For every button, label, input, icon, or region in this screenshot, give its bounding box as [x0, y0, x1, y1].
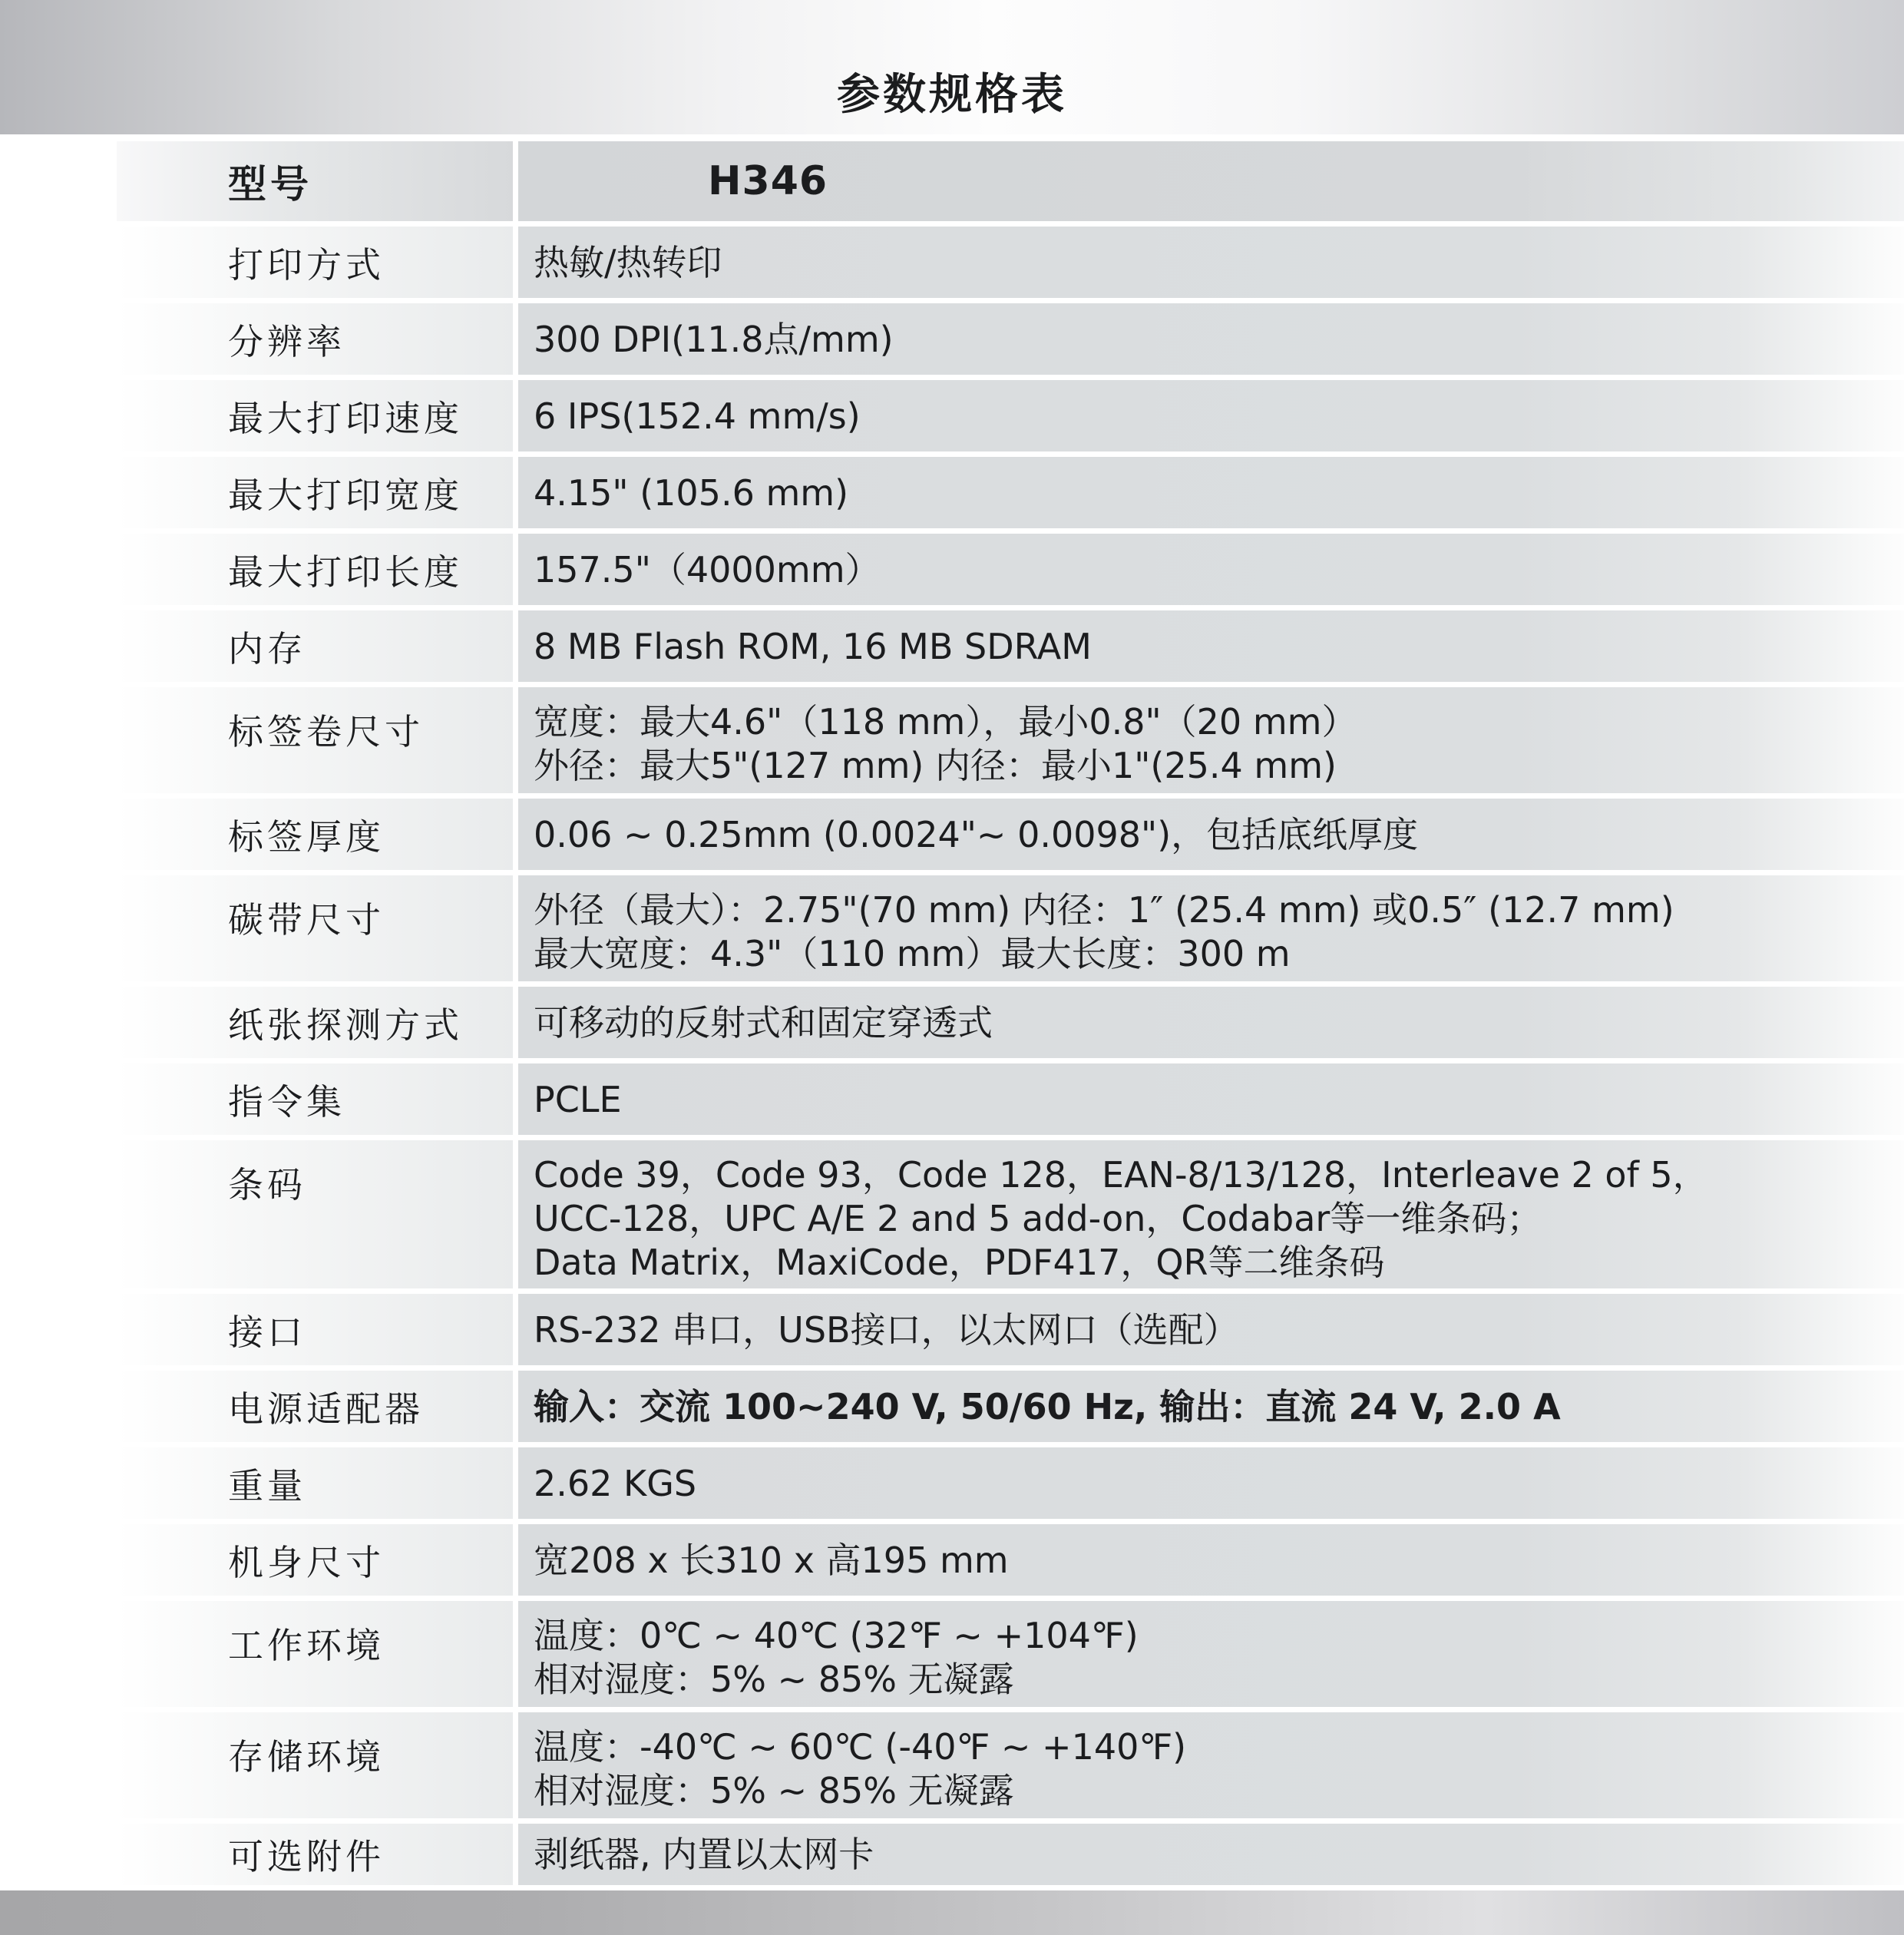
row-value-line: 可移动的反射式和固定穿透式: [534, 1001, 1892, 1045]
header-value-cell: H346: [518, 141, 1904, 221]
row-value-line: 输入：交流 100~240 V, 50/60 Hz, 输出：直流 24 V, 2…: [534, 1384, 1892, 1429]
table-row: 可选附件剥纸器, 内置以太网卡: [117, 1824, 1904, 1885]
table-row: 电源适配器输入：交流 100~240 V, 50/60 Hz, 输出：直流 24…: [117, 1371, 1904, 1442]
row-value: 温度：-40℃ ~ 60℃ (-40℉ ~ +140℉)相对湿度：5% ~ 85…: [518, 1712, 1904, 1818]
table-row: 机身尺寸宽208 x 长310 x 高195 mm: [117, 1524, 1904, 1596]
row-value-line: Data Matrix，MaxiCode，PDF417，QR等二维条码: [534, 1241, 1892, 1285]
table-row: 重量2.62 KGS: [117, 1447, 1904, 1519]
row-value-line: 2.62 KGS: [534, 1461, 1892, 1506]
row-value-line: 剥纸器, 内置以太网卡: [534, 1832, 1892, 1877]
row-value-line: 宽度：最大4.6"（118 mm），最小0.8"（20 mm）: [534, 700, 1892, 744]
table-row: 最大打印速度6 IPS(152.4 mm/s): [117, 380, 1904, 451]
row-label: 碳带尺寸: [117, 875, 513, 981]
table-row: 碳带尺寸外径（最大）：2.75"(70 mm) 内径：1″ (25.4 mm) …: [117, 875, 1904, 981]
row-value: 6 IPS(152.4 mm/s): [518, 380, 1904, 451]
row-label: 重量: [117, 1447, 513, 1519]
row-value: 0.06 ~ 0.25mm (0.0024"~ 0.0098")，包括底纸厚度: [518, 799, 1904, 870]
row-label: 电源适配器: [117, 1371, 513, 1442]
row-label: 机身尺寸: [117, 1524, 513, 1596]
row-value-line: 外径：最大5"(127 mm) 内径：最小1"(25.4 mm): [534, 744, 1892, 788]
table-row: 存储环境温度：-40℃ ~ 60℃ (-40℉ ~ +140℉)相对湿度：5% …: [117, 1712, 1904, 1818]
table-row: 纸张探测方式可移动的反射式和固定穿透式: [117, 987, 1904, 1058]
row-value-line: 相对湿度：5% ~ 85% 无凝露: [534, 1658, 1892, 1702]
row-label: 条码: [117, 1140, 513, 1288]
row-value: 可移动的反射式和固定穿透式: [518, 987, 1904, 1058]
row-value: Code 39，Code 93，Code 128，EAN-8/13/128，In…: [518, 1140, 1904, 1288]
row-value: RS-232 串口，USB接口，以太网口（选配）: [518, 1294, 1904, 1365]
row-value: 热敏/热转印: [518, 227, 1904, 298]
table-row: 最大打印长度157.5"（4000mm）: [117, 534, 1904, 605]
table-row: 最大打印宽度4.15" (105.6 mm): [117, 457, 1904, 528]
row-value-line: 0.06 ~ 0.25mm (0.0024"~ 0.0098")，包括底纸厚度: [534, 812, 1892, 857]
table-row: 标签卷尺寸宽度：最大4.6"（118 mm），最小0.8"（20 mm）外径：最…: [117, 687, 1904, 793]
row-label: 标签厚度: [117, 799, 513, 870]
row-label: 打印方式: [117, 227, 513, 298]
row-label: 分辨率: [117, 303, 513, 375]
row-value-line: 300 DPI(11.8点/mm): [534, 317, 1892, 362]
table-row: 接口RS-232 串口，USB接口，以太网口（选配）: [117, 1294, 1904, 1365]
row-value-line: 温度：0℃ ~ 40℃ (32℉ ~ +104℉): [534, 1614, 1892, 1658]
row-label: 标签卷尺寸: [117, 687, 513, 793]
row-value: 8 MB Flash ROM, 16 MB SDRAM: [518, 610, 1904, 682]
table-row: 分辨率300 DPI(11.8点/mm): [117, 303, 1904, 375]
row-value: 宽208 x 长310 x 高195 mm: [518, 1524, 1904, 1596]
spec-table: 型号 H346 打印方式热敏/热转印分辨率300 DPI(11.8点/mm)最大…: [117, 141, 1904, 1885]
table-row: 工作环境温度：0℃ ~ 40℃ (32℉ ~ +104℉)相对湿度：5% ~ 8…: [117, 1601, 1904, 1707]
row-value-line: 最大宽度：4.3"（110 mm）最大长度：300 m: [534, 932, 1892, 976]
table-row: 标签厚度0.06 ~ 0.25mm (0.0024"~ 0.0098")，包括底…: [117, 799, 1904, 870]
row-value-line: 外径（最大）：2.75"(70 mm) 内径：1″ (25.4 mm) 或0.5…: [534, 888, 1892, 932]
row-value-line: PCLE: [534, 1077, 1892, 1122]
table-row: 打印方式热敏/热转印: [117, 227, 1904, 298]
row-value: 输入：交流 100~240 V, 50/60 Hz, 输出：直流 24 V, 2…: [518, 1371, 1904, 1442]
row-value-line: 宽208 x 长310 x 高195 mm: [534, 1538, 1892, 1583]
row-value: 157.5"（4000mm）: [518, 534, 1904, 605]
row-value: PCLE: [518, 1063, 1904, 1135]
row-label: 工作环境: [117, 1601, 513, 1707]
table-row: 指令集PCLE: [117, 1063, 1904, 1135]
table-row: 条码Code 39，Code 93，Code 128，EAN-8/13/128，…: [117, 1140, 1904, 1288]
header-label-cell: 型号: [117, 141, 513, 221]
row-value-line: 相对湿度：5% ~ 85% 无凝露: [534, 1769, 1892, 1813]
row-value-line: 温度：-40℃ ~ 60℃ (-40℉ ~ +140℉): [534, 1725, 1892, 1769]
row-label: 最大打印速度: [117, 380, 513, 451]
table-body: 打印方式热敏/热转印分辨率300 DPI(11.8点/mm)最大打印速度6 IP…: [117, 227, 1904, 1885]
row-label: 接口: [117, 1294, 513, 1365]
row-value: 宽度：最大4.6"（118 mm），最小0.8"（20 mm）外径：最大5"(1…: [518, 687, 1904, 793]
row-value-line: 8 MB Flash ROM, 16 MB SDRAM: [534, 624, 1892, 669]
table-row: 内存8 MB Flash ROM, 16 MB SDRAM: [117, 610, 1904, 682]
bottom-band: [0, 1890, 1904, 1935]
row-label: 最大打印宽度: [117, 457, 513, 528]
row-value: 剥纸器, 内置以太网卡: [518, 1824, 1904, 1885]
row-label: 存储环境: [117, 1712, 513, 1818]
row-value: 外径（最大）：2.75"(70 mm) 内径：1″ (25.4 mm) 或0.5…: [518, 875, 1904, 981]
row-value-line: 热敏/热转印: [534, 240, 1892, 285]
row-value: 2.62 KGS: [518, 1447, 1904, 1519]
table-header-row: 型号 H346: [117, 141, 1904, 221]
row-value-line: UCC-128，UPC A/E 2 and 5 add-on，Codabar等一…: [534, 1197, 1892, 1241]
row-label: 纸张探测方式: [117, 987, 513, 1058]
row-value-line: Code 39，Code 93，Code 128，EAN-8/13/128，In…: [534, 1153, 1892, 1197]
row-value-line: 157.5"（4000mm）: [534, 547, 1892, 592]
row-value: 300 DPI(11.8点/mm): [518, 303, 1904, 375]
title-band: 参数规格表: [0, 0, 1904, 134]
row-value: 温度：0℃ ~ 40℃ (32℉ ~ +104℉)相对湿度：5% ~ 85% 无…: [518, 1601, 1904, 1707]
row-value-line: 4.15" (105.6 mm): [534, 471, 1892, 515]
model-value: H346: [708, 159, 1892, 203]
row-value-line: RS-232 串口，USB接口，以太网口（选配）: [534, 1308, 1892, 1352]
row-label: 内存: [117, 610, 513, 682]
row-value: 4.15" (105.6 mm): [518, 457, 1904, 528]
row-label: 可选附件: [117, 1824, 513, 1885]
row-label: 最大打印长度: [117, 534, 513, 605]
page-title: 参数规格表: [837, 61, 1067, 122]
row-value-line: 6 IPS(152.4 mm/s): [534, 394, 1892, 438]
row-label: 指令集: [117, 1063, 513, 1135]
